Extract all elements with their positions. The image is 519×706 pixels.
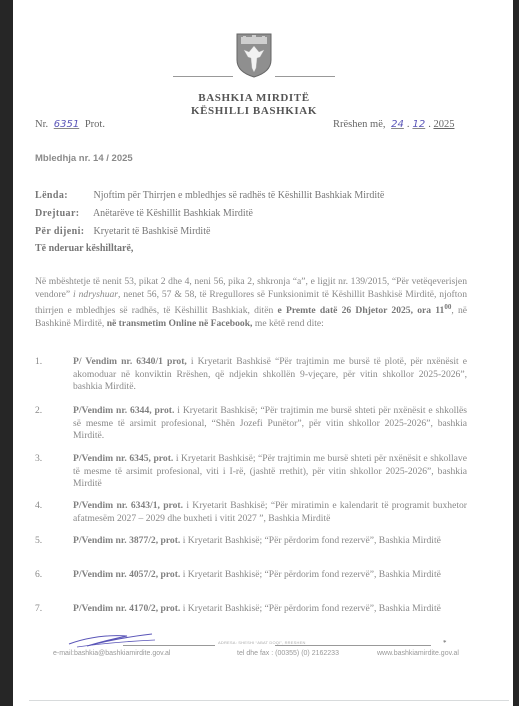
- agenda-number: 3.: [35, 453, 55, 466]
- page-bottom-rule: [29, 700, 509, 701]
- footer-website: www.bashkiamirdite.gov.al: [377, 650, 459, 657]
- footer-phone: tel dhe fax : (00355) (0) 2162233: [237, 650, 339, 657]
- footer-mark: *: [443, 639, 447, 647]
- footer-email: e-mail:bashkia@bashkiamirdite.gov.al: [53, 650, 170, 657]
- agenda-number: 7.: [35, 603, 55, 616]
- agenda-item: 2. P/Vendim nr. 6344, prot. i Kryetarit …: [35, 405, 467, 443]
- agenda-item: 3. P/Vendim nr. 6345, prot. i Kryetarit …: [35, 453, 467, 491]
- agenda-text: i Kryetarit Bashkisë; “Për përdorim fond…: [180, 535, 441, 546]
- council-name: KËSHILLI BASHKIAK: [13, 105, 495, 117]
- date-year: 2025: [433, 119, 454, 130]
- meeting-title: Mbledhja nr. 14 / 2025: [35, 153, 133, 164]
- header-rule-right: [275, 76, 335, 77]
- addressee-row: Drejtuar: Anëtarëve të Këshillit Bashkia…: [35, 208, 253, 219]
- agenda-number: 4.: [35, 500, 55, 513]
- place-date-prefix: Rrëshen më,: [333, 119, 386, 130]
- intro-amended: i ndryshuar: [73, 289, 118, 300]
- org-name: BASHKIA MIRDITË: [13, 92, 495, 104]
- intro-text: me këtë rend dite:: [252, 318, 323, 329]
- meeting-datetime: e Premte datë 26 Dhjetor 2025, ora 11: [278, 305, 445, 316]
- agenda-ref: P/ Vendim nr. 6340/1 prot,: [73, 356, 187, 367]
- protocol-reference: Nr. 6351 Prot.: [35, 119, 105, 130]
- agenda-item: 6. P/Vendim nr. 4057/2, prot. i Kryetari…: [35, 569, 467, 582]
- salutation: Të nderuar këshilltarë,: [35, 243, 133, 254]
- cc-row: Për dijeni: Kryetarit të Bashkisë Mirdit…: [35, 226, 210, 237]
- agenda-ref: P/Vendim nr. 6345, prot.: [73, 453, 173, 464]
- ref-suffix: Prot.: [85, 119, 105, 130]
- agenda-number: 2.: [35, 405, 55, 418]
- intro-paragraph: Në mbështetje të nenit 53, pikat 2 dhe 4…: [35, 276, 467, 331]
- cc-label: Për dijeni:: [35, 226, 91, 237]
- online-broadcast-note: në transmetim Online në Facebook,: [107, 318, 253, 329]
- cc-value: Kryetarit të Bashkisë Mirditë: [94, 226, 211, 237]
- ref-number: 6351: [51, 119, 82, 130]
- agenda-ref: P/Vendim nr. 6344, prot.: [73, 405, 174, 416]
- footer-rule-right: [275, 645, 431, 646]
- agenda-ref: P/Vendim nr. 3877/2, prot.: [73, 535, 180, 546]
- place-date: Rrëshen më, 24.12. 2025: [333, 119, 454, 130]
- signature-scribble: [67, 628, 157, 650]
- addressee-label: Drejtuar:: [35, 208, 91, 219]
- date-month: 12: [409, 119, 428, 130]
- document-page: BASHKIA MIRDITË KËSHILLI BASHKIAK Nr. 63…: [13, 0, 513, 706]
- subject-row: Lënda: Njoftim për Thirrjen e mbledhjes …: [35, 190, 384, 201]
- agenda-text: i Kryetarit Bashkisë; “Për përdorim fond…: [180, 603, 441, 614]
- coat-of-arms-icon: [235, 32, 273, 78]
- ref-prefix: Nr.: [35, 119, 48, 130]
- subject-label: Lënda:: [35, 190, 91, 201]
- footer-rule-left: [123, 645, 215, 646]
- header-rule-left: [173, 76, 233, 77]
- agenda-item: 1. P/ Vendim nr. 6340/1 prot, i Kryetari…: [35, 356, 467, 394]
- agenda-item: 5. P/Vendim nr. 3877/2, prot. i Kryetari…: [35, 535, 467, 548]
- agenda-number: 6.: [35, 569, 55, 582]
- subject-value: Njoftim për Thirrjen e mbledhjes së radh…: [94, 190, 385, 201]
- agenda-item: 7. P/Vendim nr. 4170/2, prot. i Kryetari…: [35, 603, 467, 616]
- agenda-ref: P/Vendim nr. 6343/1, prot.: [73, 500, 183, 511]
- addressee-value: Anëtarëve të Këshillit Bashkiak Mirditë: [93, 208, 253, 219]
- agenda-number: 1.: [35, 356, 55, 369]
- agenda-ref: P/Vendim nr. 4057/2, prot.: [73, 569, 180, 580]
- agenda-ref: P/Vendim nr. 4170/2, prot.: [73, 603, 180, 614]
- agenda-text: i Kryetarit Bashkisë; “Për përdorim fond…: [180, 569, 441, 580]
- agenda-number: 5.: [35, 535, 55, 548]
- date-day: 24: [388, 119, 407, 130]
- agenda-item: 4. P/Vendim nr. 6343/1, prot. i Kryetari…: [35, 500, 467, 525]
